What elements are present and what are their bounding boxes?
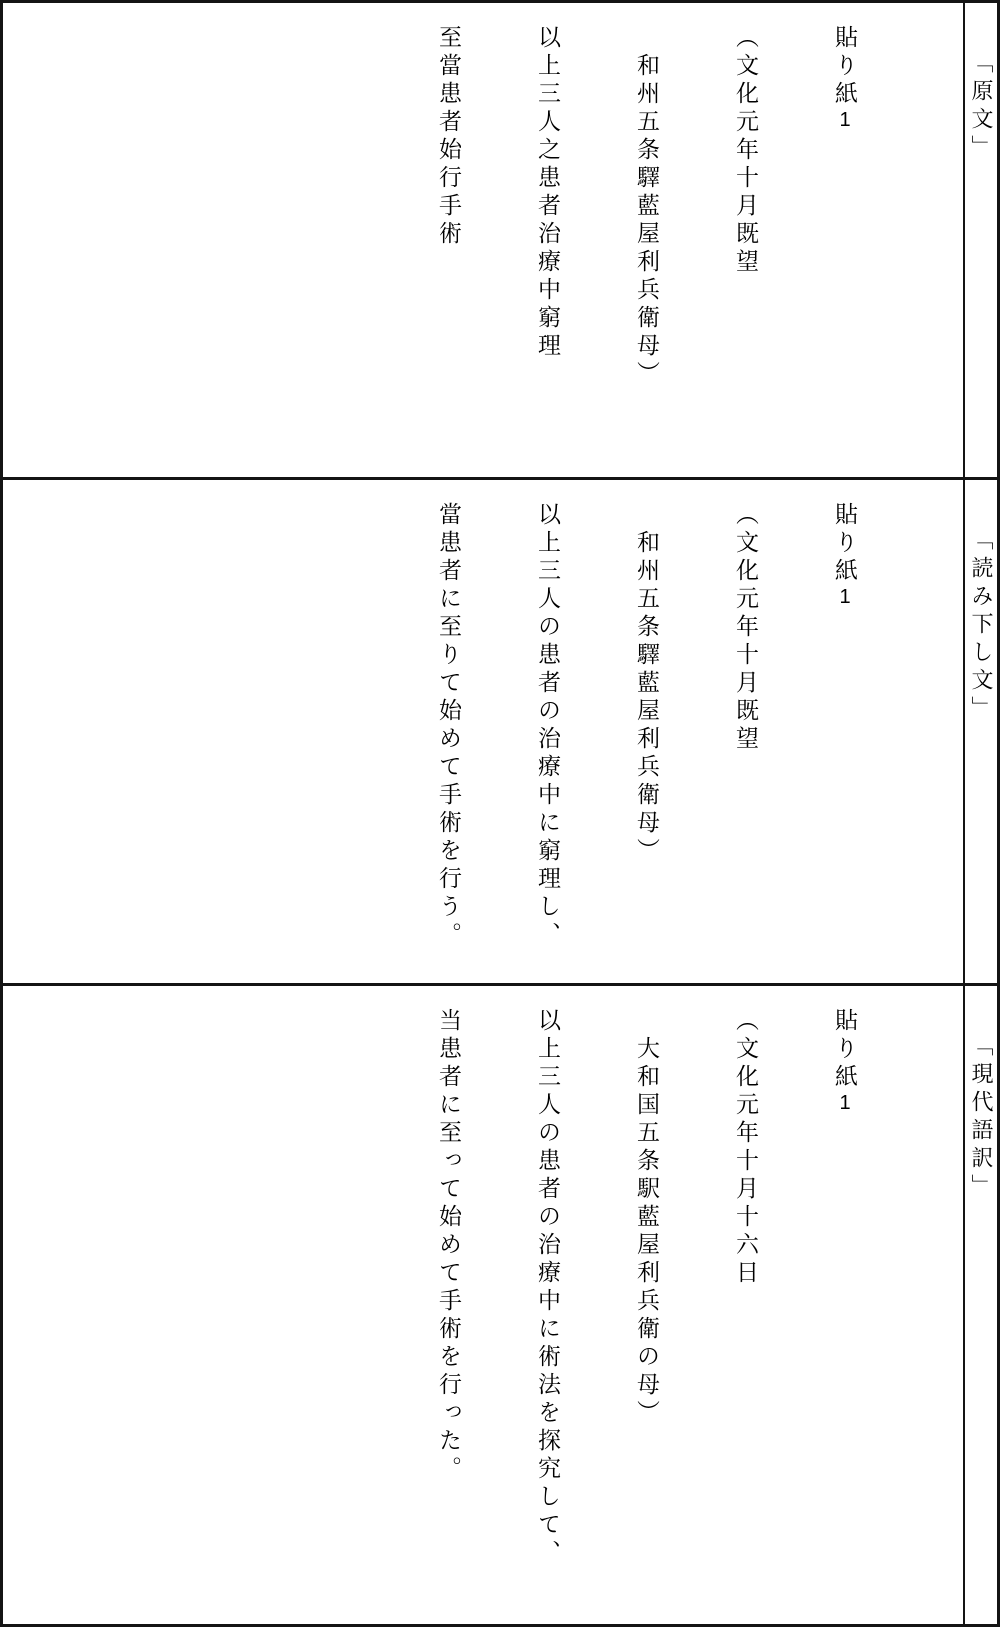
document-page: 貼り紙1 （文化元年十月既望 和州五条驛藍屋利兵衛母） 以上三人之患者治療中窮理… (0, 0, 1000, 1627)
body-line-2: 至當患者始行手術 (432, 25, 465, 469)
section-genbun-label: 「原文」 (966, 51, 996, 477)
title-label: 貼り紙 (832, 502, 858, 586)
body-line-2: 當患者に至りて始めて手術を行う。 (432, 502, 465, 975)
title-number: 1 (834, 1092, 856, 1117)
title-label: 貼り紙 (832, 1008, 858, 1092)
body-line-1: 以上三人の患者の治療中に術法を探究して、 (531, 1008, 564, 1616)
body-line-1: 以上三人の患者の治療中に窮理し、 (531, 502, 564, 975)
title-label: 貼り紙 (832, 25, 858, 109)
name-line: 和州五条驛藍屋利兵衛母） (630, 502, 663, 975)
section-genbun-content: 貼り紙1 （文化元年十月既望 和州五条驛藍屋利兵衛母） 以上三人之患者治療中窮理… (3, 3, 963, 477)
vertical-text-block: 貼り紙1 （文化元年十月既望 和州五条驛藍屋利兵衛母） 以上三人の患者の治療中に… (366, 502, 927, 975)
vertical-text-block: 貼り紙1 （文化元年十月既望 和州五条驛藍屋利兵衛母） 以上三人之患者治療中窮理… (366, 25, 927, 469)
section-genbun-label-column: 「原文」 (963, 3, 997, 477)
section-gendaigoyaku-label-column: 「現代語訳」 (963, 986, 997, 1624)
date-line: （文化元年十月十六日 (729, 1008, 762, 1616)
section-gendaigoyaku-content: 貼り紙1 （文化元年十月十六日 大和国五条駅藍屋利兵衛の母） 以上三人の患者の治… (3, 986, 963, 1624)
title-line: 貼り紙1 (828, 25, 861, 469)
title-number: 1 (834, 109, 856, 134)
body-line-1: 以上三人之患者治療中窮理 (531, 25, 564, 469)
date-line: （文化元年十月既望 (729, 25, 762, 469)
name-line: 和州五条驛藍屋利兵衛母） (630, 25, 663, 469)
section-yomikudashi-label: 「読み下し文」 (966, 528, 996, 983)
vertical-text-block: 貼り紙1 （文化元年十月十六日 大和国五条駅藍屋利兵衛の母） 以上三人の患者の治… (366, 1008, 927, 1616)
section-yomikudashi-label-column: 「読み下し文」 (963, 480, 997, 983)
section-gendaigoyaku-label: 「現代語訳」 (966, 1034, 996, 1624)
section-yomikudashi: 貼り紙1 （文化元年十月既望 和州五条驛藍屋利兵衛母） 以上三人の患者の治療中に… (3, 480, 997, 986)
section-genbun: 貼り紙1 （文化元年十月既望 和州五条驛藍屋利兵衛母） 以上三人之患者治療中窮理… (3, 3, 997, 480)
section-yomikudashi-content: 貼り紙1 （文化元年十月既望 和州五条驛藍屋利兵衛母） 以上三人の患者の治療中に… (3, 480, 963, 983)
section-gendaigoyaku: 貼り紙1 （文化元年十月十六日 大和国五条駅藍屋利兵衛の母） 以上三人の患者の治… (3, 986, 997, 1624)
name-line: 大和国五条駅藍屋利兵衛の母） (630, 1008, 663, 1616)
title-number: 1 (834, 586, 856, 611)
date-line: （文化元年十月既望 (729, 502, 762, 975)
title-line: 貼り紙1 (828, 502, 861, 975)
body-line-2: 当患者に至って始めて手術を行った。 (432, 1008, 465, 1616)
title-line: 貼り紙1 (828, 1008, 861, 1616)
